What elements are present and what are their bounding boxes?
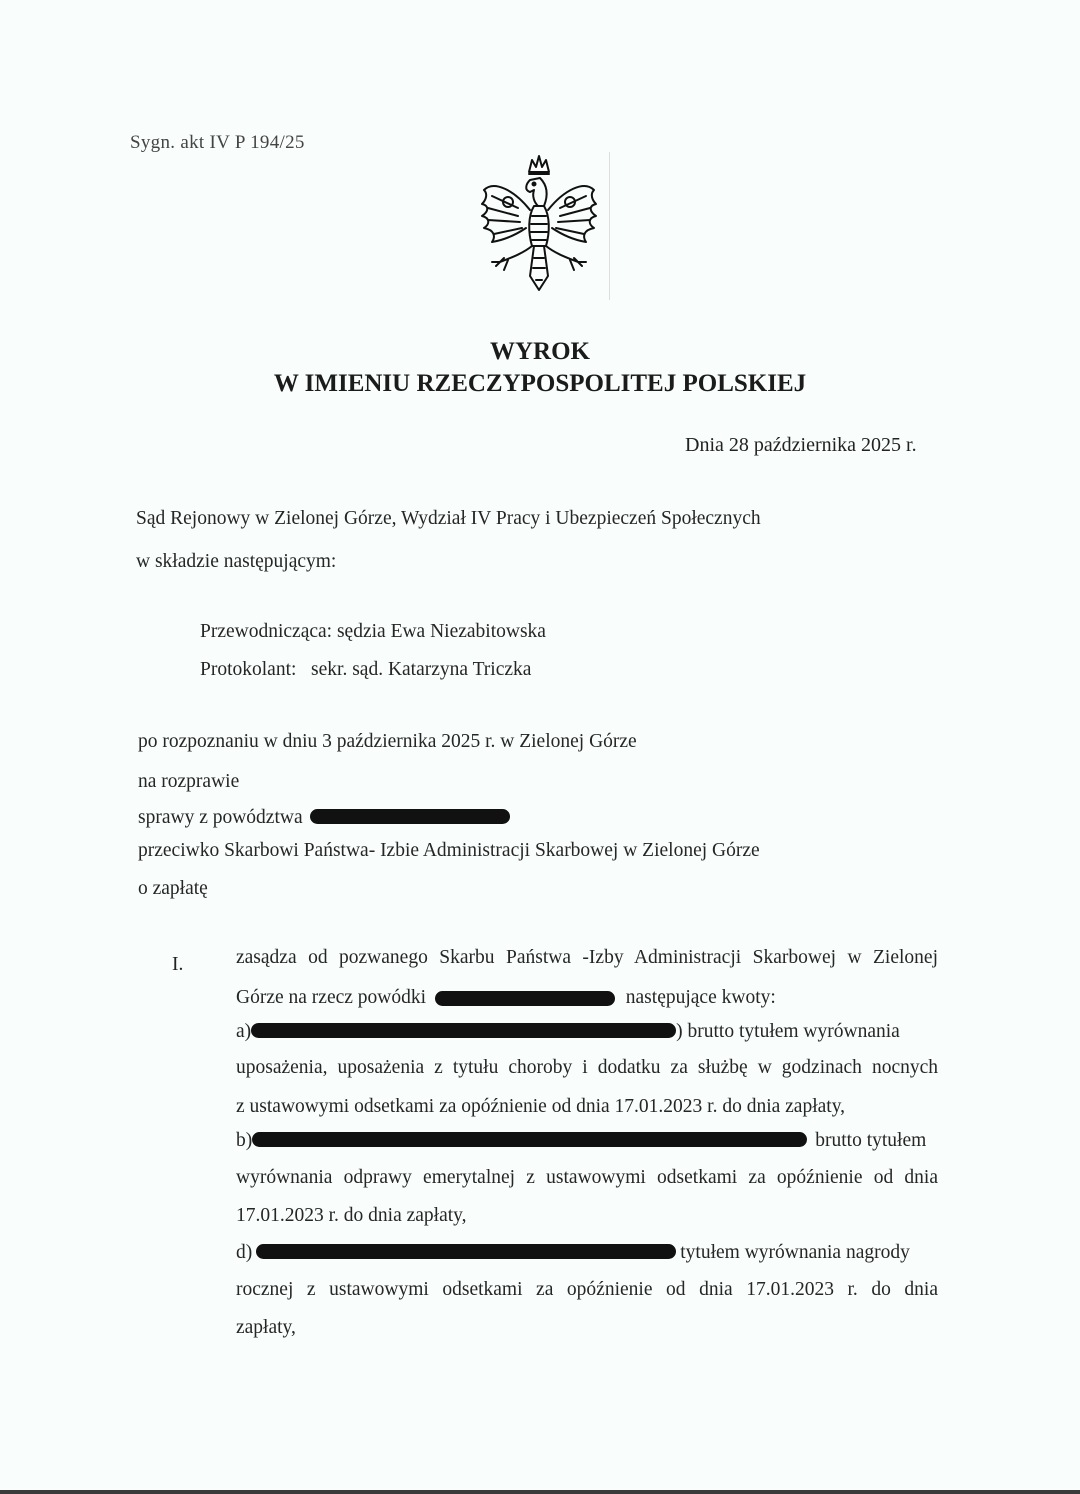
ruling-item-b-line: 17.01.2023 r. do dnia zapłaty, [236, 1205, 938, 1227]
ruling-item-a: a)) brutto tytułem wyrównania [236, 1021, 900, 1043]
document-title: WYROK [0, 338, 1080, 366]
ruling-line-2: Górze na rzecz powódki następujące kwoty… [236, 987, 776, 1009]
court-composition-intro: w składzie następującym: [136, 551, 336, 573]
item-label: d) [236, 1242, 252, 1263]
scan-artifact-line [609, 152, 610, 300]
item-label: b) [236, 1130, 252, 1151]
judgment-date: Dnia 28 października 2025 r. [685, 434, 917, 457]
plaintiff-line: sprawy z powództwa [138, 807, 510, 829]
plaintiff-label: sprawy z powództwa [138, 807, 303, 828]
ruling-line-1: zasądza od pozwanego Skarbu Państwa -Izb… [236, 947, 938, 969]
court-recorder: Protokolant: sekr. sąd. Katarzyna Triczk… [200, 659, 531, 681]
ruling-amounts-label: następujące kwoty: [626, 987, 776, 1008]
defendant-line: przeciwko Skarbowi Państwa- Izbie Admini… [138, 840, 760, 862]
scan-bottom-edge [0, 1490, 1080, 1494]
hearing-type: na rozprawie [138, 771, 239, 793]
ruling-item-a-line: z ustawowymi odsetkami za opóźnienie od … [236, 1096, 938, 1118]
redacted-plaintiff-name [310, 809, 510, 824]
ruling-item-a-line: uposażenia, uposażenia z tytułu choroby … [236, 1057, 938, 1079]
ruling-item-d-line: rocznej z ustawowymi odsetkami za opóźni… [236, 1279, 938, 1301]
ruling-item-d: d)tytułem wyrównania nagrody [236, 1242, 910, 1264]
item-label: a) [236, 1021, 251, 1042]
redacted-amount [251, 1023, 676, 1038]
polish-eagle-emblem-icon [474, 150, 604, 298]
redacted-beneficiary-name [435, 991, 615, 1006]
ruling-number: I. [172, 954, 183, 976]
document-subtitle: W IMIENIU RZECZYPOSPOLITEJ POLSKIEJ [0, 370, 1080, 398]
ruling-beneficiary-label: Górze na rzecz powódki [236, 987, 426, 1008]
redacted-amount [252, 1132, 807, 1147]
court-name: Sąd Rejonowy w Zielonej Górze, Wydział I… [136, 508, 761, 530]
hearing-info: po rozpoznaniu w dniu 3 października 202… [138, 731, 637, 753]
item-text: ) brutto tytułem wyrównania [676, 1021, 900, 1042]
case-number: Sygn. akt IV P 194/25 [130, 132, 305, 154]
redacted-amount [256, 1244, 676, 1259]
item-text: brutto tytułem [815, 1130, 926, 1151]
judgment-page: Sygn. akt IV P 194/25 [0, 0, 1080, 1490]
ruling-item-d-line: zapłaty, [236, 1317, 938, 1339]
ruling-item-b-line: wyrównania odprawy emerytalnej z ustawow… [236, 1167, 938, 1189]
subject-line: o zapłatę [138, 878, 208, 900]
item-text: tytułem wyrównania nagrody [680, 1242, 910, 1263]
ruling-item-b: b)brutto tytułem [236, 1130, 926, 1152]
presiding-judge: Przewodnicząca: sędzia Ewa Niezabitowska [200, 621, 546, 643]
